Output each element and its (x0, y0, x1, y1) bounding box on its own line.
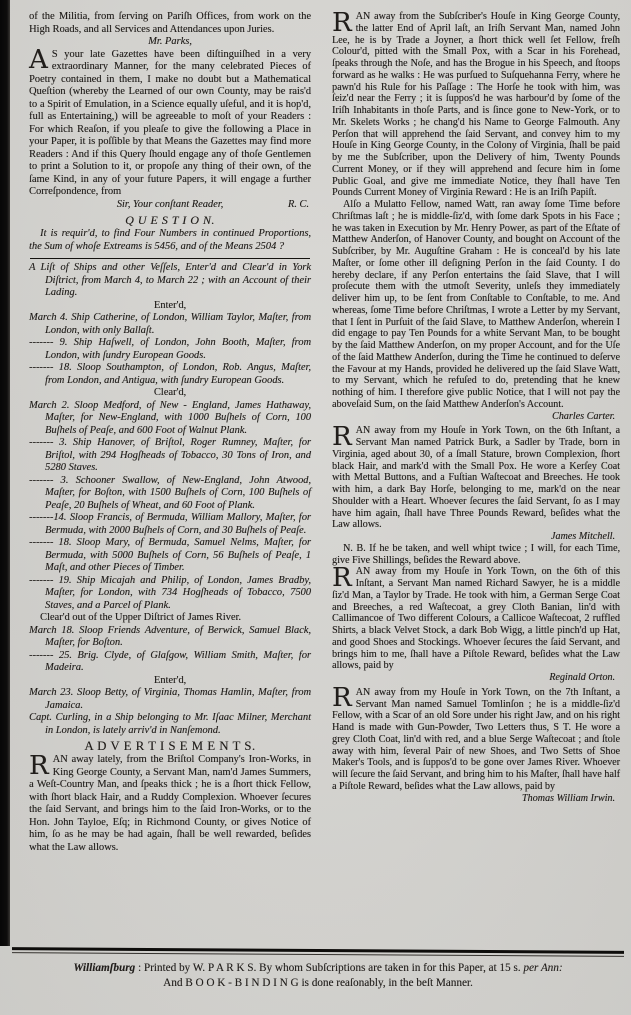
ship-entry: ------- 9. Ship Haſwell, of London, John… (29, 337, 311, 362)
section-divider-rule (30, 258, 310, 259)
ship-entry: -------14. Sloop Francis, of Bermuda, Wi… (29, 512, 311, 537)
left-column: of the Militia, from ſerving on Pariſh O… (29, 11, 311, 854)
drop-cap-letter: R (332, 566, 356, 589)
letter-salutation: Mr. Parks, (29, 36, 311, 49)
advertiser-signature: Charles Carter. (332, 411, 620, 423)
imprint-text: : Printed by W. P A R K S. By whom Subſc… (135, 962, 523, 974)
question-heading: Q U E S T I O N. (29, 213, 311, 227)
ship-entry: ------- 18. Sloop Southampton, of London… (29, 362, 311, 387)
newspaper-page: of the Militia, from ſerving on Pariſh O… (0, 0, 631, 1015)
ship-list-note: Clear'd out of the Upper Diſtrict of Jam… (29, 612, 311, 625)
ship-entry: March 4. Ship Catherine, of London, Will… (29, 312, 311, 337)
advertiser-signature: Reginald Orton. (332, 672, 620, 684)
drop-cap-letter: A (29, 49, 52, 72)
drop-cap-letter: R (332, 11, 356, 34)
nb-note: N. B. If he be taken, and well whipt twi… (332, 543, 620, 567)
drop-cap-letter: R (29, 754, 53, 777)
ship-entry: ------- 19. Ship Micajah and Philip, of … (29, 575, 311, 613)
ship-list-subheading: Enter'd, (29, 675, 311, 688)
ship-entry: March 2. Sloop Medford, of New - England… (29, 400, 311, 438)
ship-entry: March 23. Sloop Betty, of Virginia, Thom… (29, 687, 311, 712)
ship-list-intro: A Liſt of Ships and other Veſſels, Enter… (29, 262, 311, 300)
question-paragraph: It is requir'd, to find Four Numbers in … (29, 228, 311, 253)
drop-cap-letter: R (332, 687, 356, 710)
advertiser-signature: Thomas William Irwin. (332, 793, 620, 805)
arrival-note: Capt. Curling, in a Ship belonging to Mr… (29, 712, 311, 737)
scan-edge-artifact (0, 0, 10, 946)
advertisement-paragraph: RAN away from my Houſe in York Town, on … (332, 687, 620, 793)
ship-entry: ------- 25. Brig. Clyde, of Glaſgow, Wil… (29, 650, 311, 675)
advertisement-paragraph: RAN away lately, from the Briſtol Compan… (29, 754, 311, 854)
footer-rule (12, 949, 624, 955)
imprint-per-annum: per Ann: (523, 962, 562, 974)
advertisement-paragraph: RAN away from my Houſe in York Town, on … (332, 425, 620, 531)
ship-entry: ------- 18. Sloop Mary, of Bermuda, Samu… (29, 537, 311, 575)
imprint-bookbinding: And B O O K - B I N D I N G is done reaſ… (163, 977, 473, 989)
advertisement-paragraph: Alſo a Mulatto Fellow, named Watt, ran a… (332, 199, 620, 411)
advertisements-heading: A D V E R T I S E M E N T S. (29, 739, 311, 753)
advertisement-paragraph: RAN away from the Subſcriber's Houſe in … (332, 11, 620, 199)
ship-entry: ------- 3. Ship Hanover, of Briſtol, Rog… (29, 437, 311, 475)
ship-entry: March 18. Sloop Friends Adventure, of Be… (29, 625, 311, 650)
byline-text: Sir, Your conſtant Reader, (117, 199, 224, 210)
drop-cap-letter: R (332, 425, 356, 448)
right-column: RAN away from the Subſcriber's Houſe in … (332, 11, 620, 854)
byline-initials: R. C. (288, 199, 309, 212)
body-paragraph: of the Militia, from ſerving on Pariſh O… (29, 11, 311, 36)
letter-paragraph: AS your late Gazettes have been diſtingu… (29, 49, 311, 199)
text-columns: of the Militia, from ſerving on Pariſh O… (29, 11, 620, 854)
ship-list-subheading: Clear'd, (29, 387, 311, 400)
advertiser-signature: James Mitchell. (332, 531, 620, 543)
imprint-place: Williamſburg (73, 962, 135, 974)
imprint-line: Williamſburg : Printed by W. P A R K S. … (16, 961, 620, 991)
letter-signoff: Sir, Your conſtant Reader,R. C. (29, 199, 311, 212)
ship-list-subheading: Enter'd, (29, 300, 311, 313)
advertisement-paragraph: RAN away from my Houſe in York Town, on … (332, 566, 620, 672)
ship-entry: ------- 3. Schooner Swallow, of New-Engl… (29, 475, 311, 513)
